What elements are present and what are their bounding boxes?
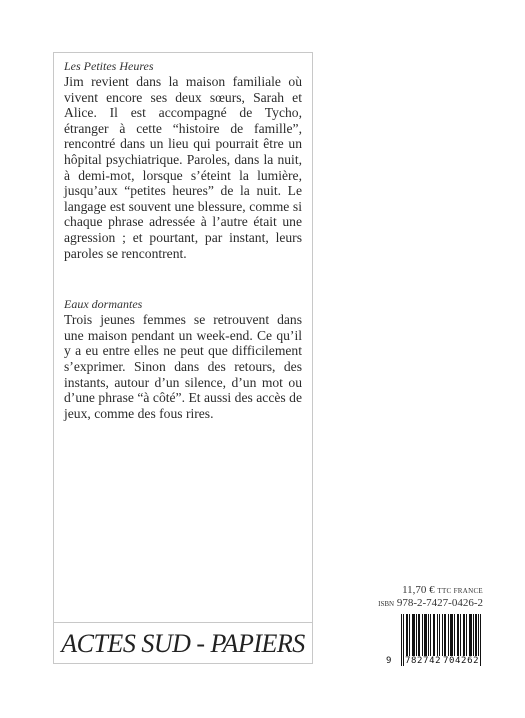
section-les-petites-heures: Les Petites Heures Jim revient dans la m… [64, 58, 302, 261]
isbn-value: 978-2-7427-0426-2 [397, 597, 483, 609]
price-suffix: TTC FRANCE [437, 587, 483, 595]
frame-divider [53, 622, 313, 623]
isbn-prefix: ISBN [378, 600, 394, 608]
section-text: Trois jeunes femmes se retrouvent dans u… [64, 312, 302, 421]
section-text: Jim revient dans la maison familiale où … [64, 74, 302, 261]
section-title: Les Petites Heures [64, 58, 302, 74]
section-title: Eaux dormantes [64, 296, 302, 312]
barcode-first-digit: 9 [386, 656, 392, 666]
price-amount: 11,70 € [402, 584, 435, 596]
barcode-group-2: 704262 [443, 656, 479, 666]
price-label: 11,70 € TTC FRANCE [402, 584, 483, 597]
section-eaux-dormantes: Eaux dormantes Trois jeunes femmes se re… [64, 296, 302, 421]
summary-content: Les Petites Heures Jim revient dans la m… [64, 58, 302, 421]
barcode-group-1: 782742 [405, 656, 441, 666]
publisher-logo: ACTES SUD - PAPIERS [53, 624, 313, 664]
isbn-label: ISBN 978-2-7427-0426-2 [378, 597, 483, 610]
